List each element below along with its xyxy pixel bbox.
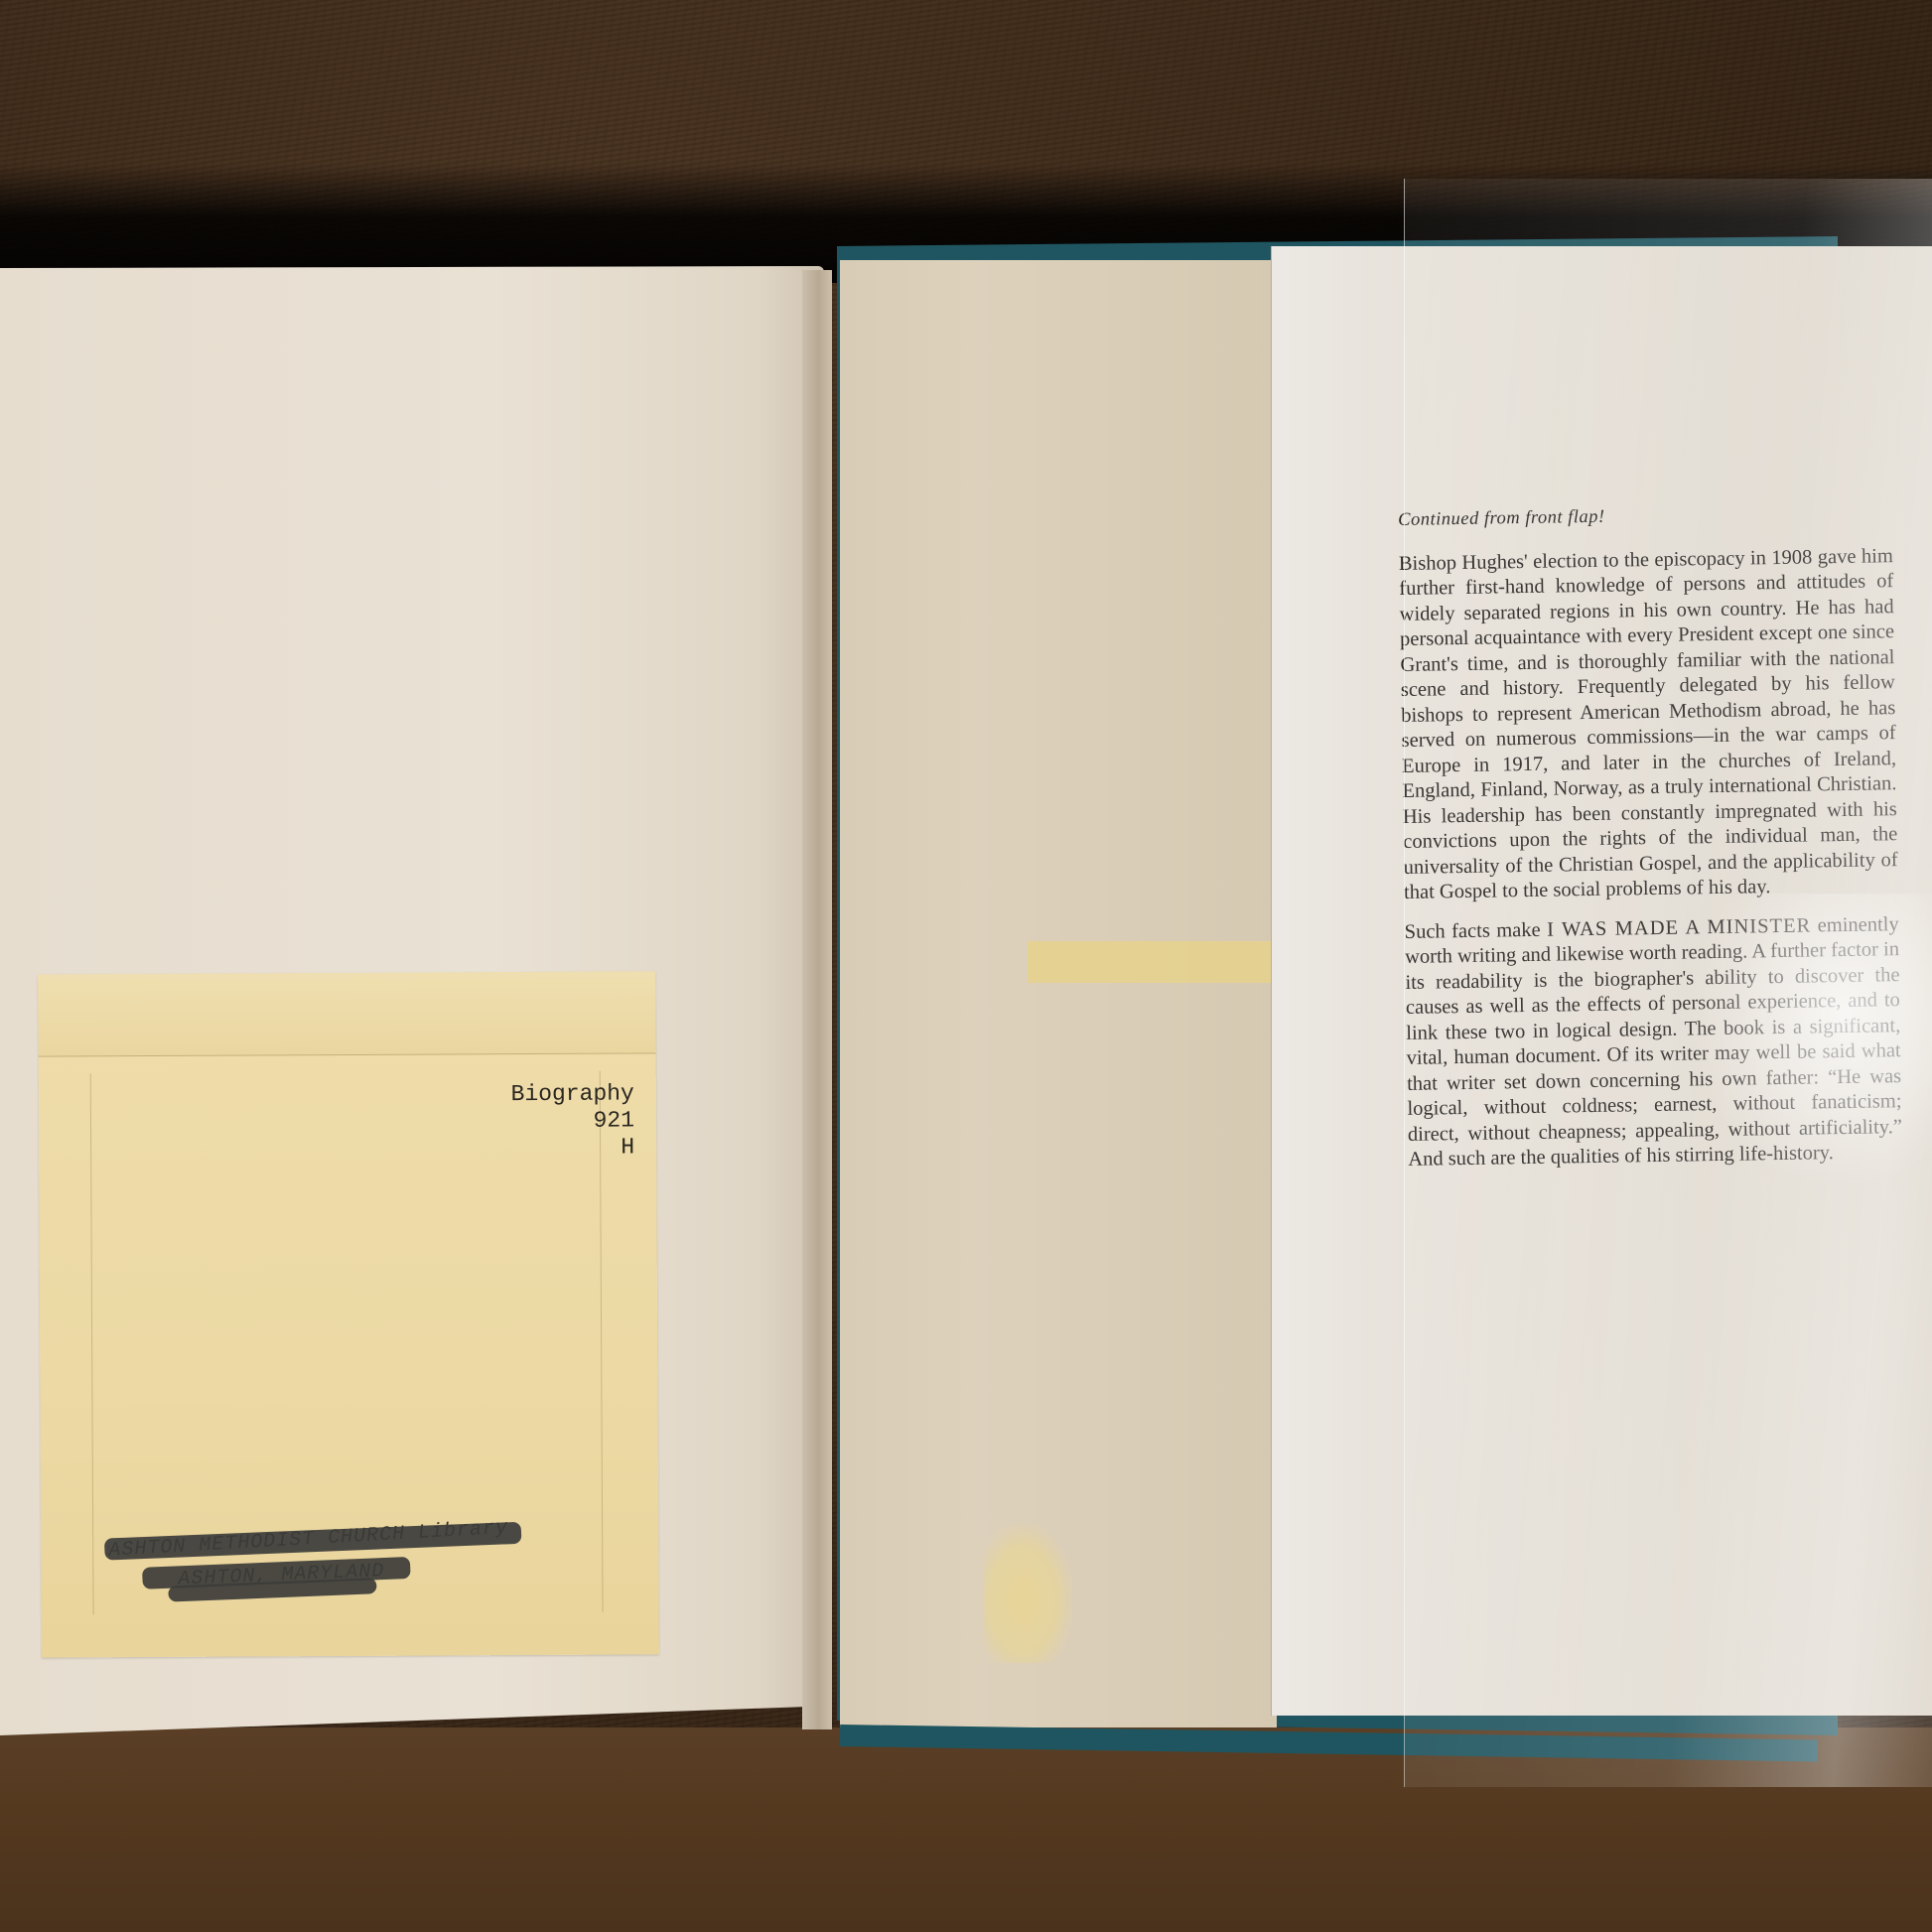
library-stamp-redacted: ASHTON METHODIST CHURCH Library ASHTON, …: [108, 1523, 605, 1605]
call-number-cutter: H: [511, 1134, 634, 1162]
endpaper: [840, 260, 1277, 1727]
call-number-label: Biography 921 H: [511, 1080, 635, 1162]
call-number-class: 921: [511, 1107, 634, 1135]
para2-prefix: Such facts make: [1405, 918, 1548, 942]
pocket-flap: [38, 971, 655, 1056]
flap-paragraph-2: Such facts make I WAS MADE A MINISTER em…: [1405, 912, 1903, 1173]
flap-paragraph-1: Bishop Hughes' election to the episcopac…: [1399, 544, 1899, 906]
para2-rest: eminently worth writing and likewise wor…: [1405, 913, 1902, 1171]
tape-stain: [983, 1524, 1072, 1663]
tape-residue: [1028, 941, 1276, 983]
jacket-flap-text: Continued from front flap! Bishop Hughes…: [1398, 500, 1903, 1186]
call-number-subject: Biography: [511, 1080, 634, 1108]
library-pocket: Biography 921 H ASHTON METHODIST CHURCH …: [38, 971, 659, 1657]
book-title: I WAS MADE A MINISTER: [1547, 914, 1812, 940]
book-gutter: [802, 270, 832, 1729]
pocket-fold-left: [51, 1073, 94, 1614]
